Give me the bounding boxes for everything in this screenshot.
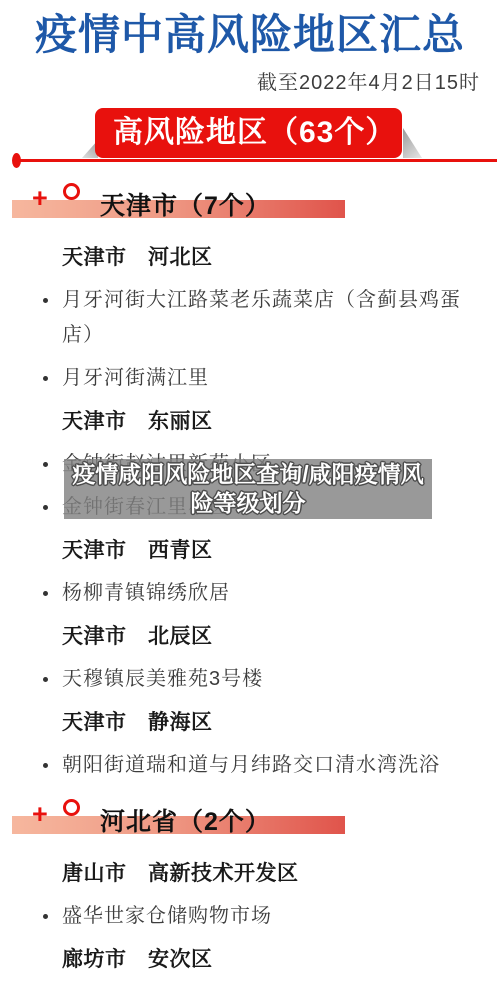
bullet-icon bbox=[43, 462, 48, 467]
timeline-dot-icon bbox=[12, 153, 21, 168]
district-header: 天津市 河北区 bbox=[0, 240, 500, 275]
watermark-text: 疫情咸阳风险地区查询/咸阳疫情风险等级划分 bbox=[67, 460, 429, 518]
district-header: 天津市 东丽区 bbox=[0, 404, 500, 439]
list-item-text: 月牙河街大江路菜老乐蔬菜店（含蓟县鸡蛋店） bbox=[62, 289, 461, 346]
section-title: 天津市（7个） bbox=[100, 186, 271, 222]
ring-icon bbox=[63, 799, 80, 816]
bullet-icon bbox=[43, 763, 48, 768]
list-item: 月牙河街大江路菜老乐蔬菜店（含蓟县鸡蛋店） bbox=[0, 283, 500, 353]
bullet-icon bbox=[43, 914, 48, 919]
district-header: 廊坊市 安次区 bbox=[0, 942, 500, 977]
district-header: 天津市 西青区 bbox=[0, 533, 500, 568]
list-item-text: 杨柳青镇锦绣欣居 bbox=[62, 582, 230, 604]
list-item-text: 盛华世家仓储购物市场 bbox=[62, 905, 272, 927]
page-title: 疫情中高风险地区汇总 bbox=[0, 2, 500, 62]
list-item: 杨柳青镇锦绣欣居 bbox=[0, 576, 500, 611]
section-title: 河北省（2个） bbox=[100, 802, 271, 838]
section-header-hebei: + 河北省（2个） bbox=[0, 798, 500, 836]
high-risk-banner: 高风险地区（63个） bbox=[95, 108, 402, 158]
district-header: 天津市 北辰区 bbox=[0, 619, 500, 654]
section-list-hebei: 唐山市 高新技术开发区 盛华世家仓储购物市场 廊坊市 安次区 bbox=[0, 856, 500, 977]
list-item: 朝阳街道瑞和道与月纬路交口清水湾洗浴 bbox=[0, 748, 500, 783]
bullet-icon bbox=[43, 298, 48, 303]
timeline-line bbox=[16, 159, 497, 162]
list-item: 月牙河街满江里 bbox=[0, 361, 500, 396]
epidemic-risk-infographic: 疫情中高风险地区汇总 截至2022年4月2日15时 高风险地区（63个） + 天… bbox=[0, 0, 500, 981]
ring-icon bbox=[63, 183, 80, 200]
bullet-icon bbox=[43, 376, 48, 381]
as-of-date: 截至2022年4月2日15时 bbox=[257, 66, 480, 95]
section-header-tianjin: + 天津市（7个） bbox=[0, 182, 500, 220]
bullet-icon bbox=[43, 677, 48, 682]
list-item: 天穆镇辰美雅苑3号楼 bbox=[0, 662, 500, 697]
district-header: 唐山市 高新技术开发区 bbox=[0, 856, 500, 891]
watermark-overlay: 疫情咸阳风险地区查询/咸阳疫情风险等级划分 bbox=[64, 459, 432, 519]
plus-icon: + bbox=[32, 801, 48, 827]
list-item-text: 朝阳街道瑞和道与月纬路交口清水湾洗浴 bbox=[62, 754, 440, 776]
bullet-icon bbox=[43, 505, 48, 510]
ribbon-fold-right bbox=[403, 128, 422, 158]
plus-icon: + bbox=[32, 185, 48, 211]
district-header: 天津市 静海区 bbox=[0, 705, 500, 740]
list-item: 盛华世家仓储购物市场 bbox=[0, 899, 500, 934]
list-item-text: 月牙河街满江里 bbox=[62, 367, 209, 389]
bullet-icon bbox=[43, 591, 48, 596]
list-item-text: 天穆镇辰美雅苑3号楼 bbox=[62, 668, 263, 690]
